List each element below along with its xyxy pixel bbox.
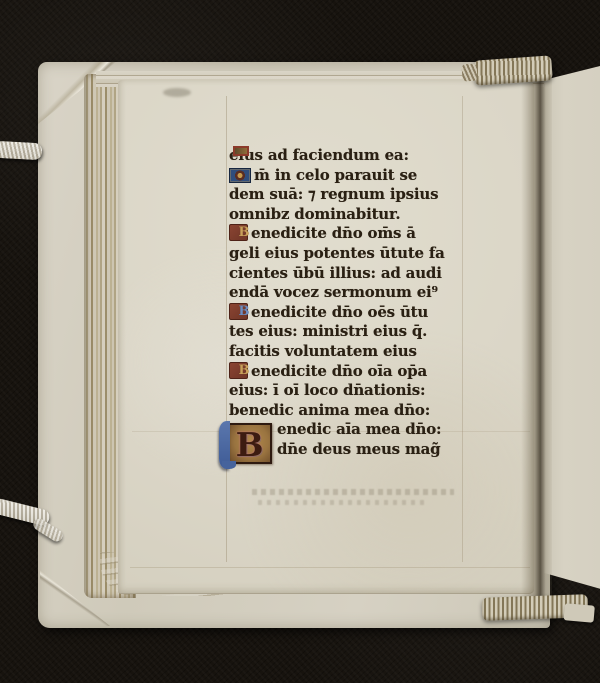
text-line: tes eius: ministri eius q̄.	[229, 322, 469, 342]
binding-cord-top-left	[0, 141, 42, 160]
line-text: endā vocez sermonum ei⁹	[229, 283, 438, 303]
ruling-line-vertical-left	[226, 96, 227, 562]
text-block: eius ad faciendum ea: m̄ in celo parauit…	[229, 146, 469, 464]
show-through-text	[258, 500, 426, 505]
illuminated-initial-b: B	[229, 224, 248, 241]
line-text: tes eius: ministri eius q̄.	[229, 322, 427, 342]
faint-pencil-mark	[163, 88, 191, 97]
show-through-text	[252, 489, 454, 495]
psalm-opening-group: B enedic aīa mea dn̄o: dn̄e deus meus ma…	[229, 420, 469, 459]
line-text: eius: ī oī loco dn̄ationis:	[229, 381, 425, 401]
line-text: dem suā: ⁊ regnum ipsius	[229, 185, 438, 205]
line-text: enedicite dn̄o om̄s ā	[251, 224, 416, 244]
initial-letter: B	[239, 225, 250, 241]
text-line: benedic anima mea dn̄o:	[229, 401, 469, 421]
manuscript-photo: eius ad faciendum ea: m̄ in celo parauit…	[0, 0, 600, 683]
line-text: enedicite dn̄o oīa op̄a	[251, 362, 427, 382]
text-line: m̄ in celo parauit se	[229, 166, 469, 186]
text-line: dem suā: ⁊ regnum ipsius	[229, 185, 469, 205]
line-text: facitis voluntatem eius	[229, 342, 417, 362]
text-line: endā vocez sermonum ei⁹	[229, 283, 469, 303]
line-text: enedic aīa mea dn̄o:	[277, 420, 441, 440]
line-filler-ornament	[233, 146, 249, 156]
initial-letter: B	[239, 304, 250, 320]
illuminated-initial-b: B	[229, 303, 248, 320]
line-text: benedic anima mea dn̄o:	[229, 401, 430, 421]
text-line: cientes ūbū illius: ad audi	[229, 264, 469, 284]
text-line: omnibz dominabitur.	[229, 205, 469, 225]
text-line: facitis voluntatem eius	[229, 342, 469, 362]
line-text: omnibz dominabitur.	[229, 205, 400, 225]
illuminated-initial-b: B	[229, 362, 248, 379]
line-text: eius ad faciendum ea:	[229, 146, 409, 166]
text-line: eius ad faciendum ea:	[229, 146, 469, 166]
line-text: m̄ in celo parauit se	[254, 166, 417, 186]
ruling-line-horizontal-bottom	[130, 567, 530, 568]
text-line: Benedicite dn̄o om̄s ā	[229, 224, 469, 244]
facing-page-sliver	[544, 66, 600, 594]
text-line: eius: ī oī loco dn̄ationis:	[229, 381, 469, 401]
line-text: enedicite dn̄o oēs ūtu	[251, 303, 428, 323]
text-line: Benedicite dn̄o oēs ūtu	[229, 303, 469, 323]
line-text: cientes ūbū illius: ad audi	[229, 264, 442, 284]
line-text: geli eius potentes ūtute fa	[229, 244, 445, 264]
initial-letter: B	[239, 363, 250, 379]
line-text: dn̄e deus meus mag̃	[277, 440, 440, 460]
illuminated-initial-rosette	[229, 168, 251, 183]
text-line: geli eius potentes ūtute fa	[229, 244, 469, 264]
tailband-sewn	[482, 594, 589, 621]
text-line: Benedicite dn̄o oīa op̄a	[229, 362, 469, 382]
gutter-shadow	[521, 63, 552, 597]
text-line: enedic aīa mea dn̄o:	[229, 420, 469, 440]
text-line: dn̄e deus meus mag̃	[229, 440, 469, 460]
